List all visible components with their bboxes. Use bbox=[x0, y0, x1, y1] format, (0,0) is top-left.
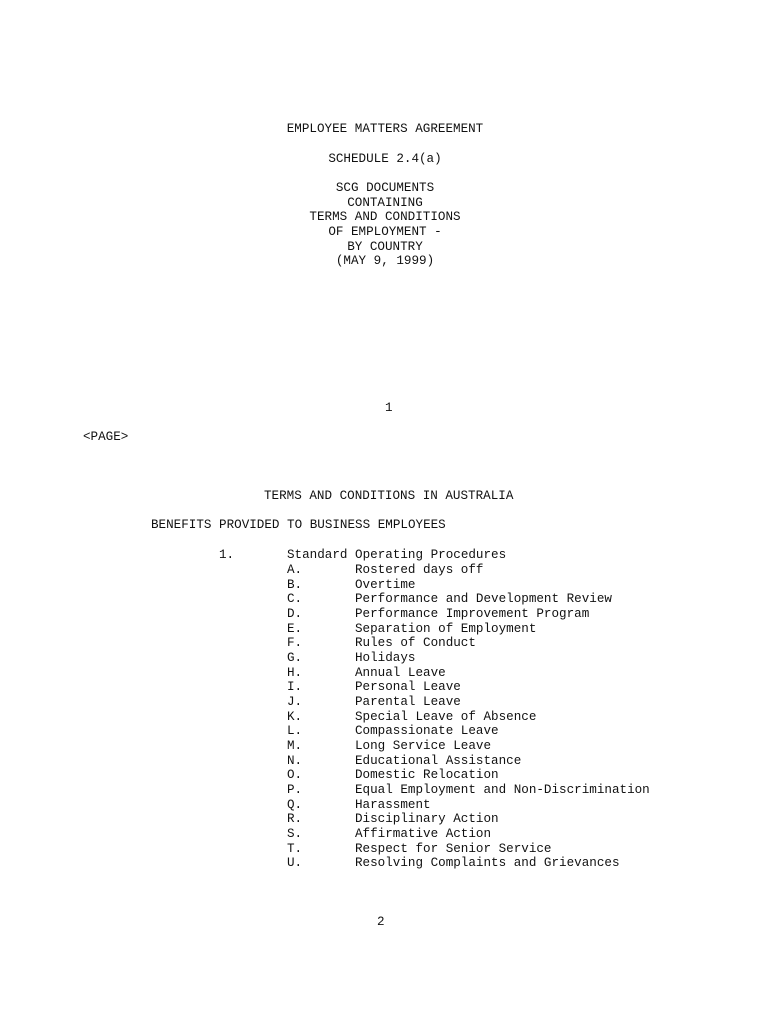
list-item-text: Rostered days off bbox=[355, 563, 483, 578]
list-item-letter: N. bbox=[287, 754, 302, 769]
document-title: EMPLOYEE MATTERS AGREEMENT bbox=[0, 122, 770, 137]
list-item-text: Overtime bbox=[355, 578, 415, 593]
list-item-letter: F. bbox=[287, 636, 302, 651]
subtitle-line: (MAY 9, 1999) bbox=[0, 254, 770, 269]
list-item-letter: M. bbox=[287, 739, 302, 754]
list-item-text: Domestic Relocation bbox=[355, 768, 499, 783]
section-heading: BENEFITS PROVIDED TO BUSINESS EMPLOYEES bbox=[151, 518, 446, 533]
list-item-letter: D. bbox=[287, 607, 302, 622]
list-item-text: Compassionate Leave bbox=[355, 724, 499, 739]
list-item-letter: G. bbox=[287, 651, 302, 666]
list-item-text: Special Leave of Absence bbox=[355, 710, 536, 725]
list-item-text: Harassment bbox=[355, 798, 431, 813]
list-item-text: Personal Leave bbox=[355, 680, 461, 695]
subtitle-line: SCG DOCUMENTS bbox=[0, 181, 770, 196]
list-item-letter: S. bbox=[287, 827, 302, 842]
list-item-text: Resolving Complaints and Grievances bbox=[355, 856, 620, 871]
list-item-letter: T. bbox=[287, 842, 302, 857]
list-item-text: Disciplinary Action bbox=[355, 812, 499, 827]
list-item-letter: U. bbox=[287, 856, 302, 871]
list-item-text: Educational Assistance bbox=[355, 754, 521, 769]
page-break-marker: <PAGE> bbox=[83, 430, 128, 445]
list-item-letter: E. bbox=[287, 622, 302, 637]
list-item-letter: I. bbox=[287, 680, 302, 695]
subtitle-line: BY COUNTRY bbox=[0, 240, 770, 255]
list-item-letter: H. bbox=[287, 666, 302, 681]
page-number: 1 bbox=[385, 401, 393, 416]
list-item-text: Separation of Employment bbox=[355, 622, 536, 637]
list-item-letter: L. bbox=[287, 724, 302, 739]
item-label: Standard Operating Procedures bbox=[287, 548, 506, 563]
list-item-letter: C. bbox=[287, 592, 302, 607]
section-title: TERMS AND CONDITIONS IN AUSTRALIA bbox=[264, 489, 513, 504]
schedule-label: SCHEDULE 2.4(a) bbox=[0, 152, 770, 167]
list-item-letter: P. bbox=[287, 783, 302, 798]
list-item-text: Respect for Senior Service bbox=[355, 842, 552, 857]
subtitle-line: CONTAINING bbox=[0, 196, 770, 211]
list-item-text: Parental Leave bbox=[355, 695, 461, 710]
list-item-letter: Q. bbox=[287, 798, 302, 813]
list-item-letter: O. bbox=[287, 768, 302, 783]
list-item-text: Performance and Development Review bbox=[355, 592, 612, 607]
list-item-letter: J. bbox=[287, 695, 302, 710]
list-item-text: Holidays bbox=[355, 651, 415, 666]
list-item-letter: B. bbox=[287, 578, 302, 593]
list-item-letter: R. bbox=[287, 812, 302, 827]
list-item-letter: K. bbox=[287, 710, 302, 725]
list-item-text: Annual Leave bbox=[355, 666, 446, 681]
list-item-text: Affirmative Action bbox=[355, 827, 491, 842]
list-item-text: Rules of Conduct bbox=[355, 636, 476, 651]
subtitle-line: OF EMPLOYMENT - bbox=[0, 225, 770, 240]
subtitle-line: TERMS AND CONDITIONS bbox=[0, 210, 770, 225]
list-item-text: Equal Employment and Non-Discrimination bbox=[355, 783, 650, 798]
page-number: 2 bbox=[377, 915, 385, 930]
list-item-text: Long Service Leave bbox=[355, 739, 491, 754]
list-item-letter: A. bbox=[287, 563, 302, 578]
list-item-text: Performance Improvement Program bbox=[355, 607, 589, 622]
item-number: 1. bbox=[219, 548, 234, 563]
